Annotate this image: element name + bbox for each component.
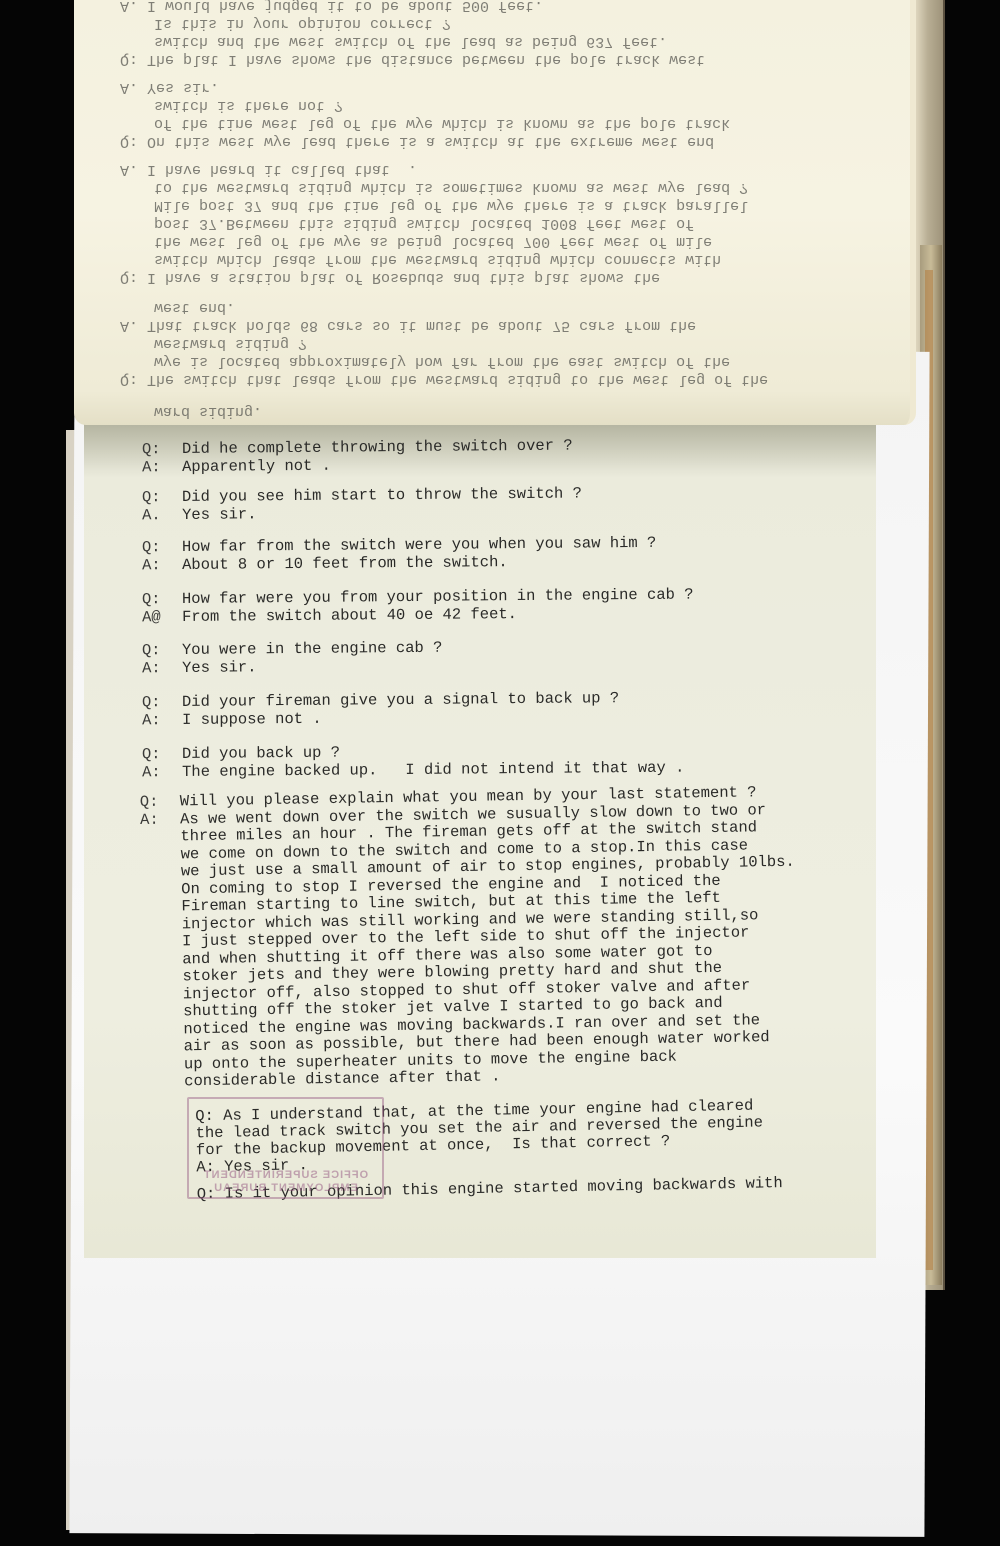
flipped-line: Q: On this west wye lead there is a swit… [120, 133, 714, 150]
speaker-label [144, 1073, 184, 1091]
speaker-label: Q: [142, 745, 182, 763]
speaker-label: Q: [142, 488, 182, 506]
speaker-label [142, 968, 182, 986]
qa-pair: Q:How far were you from your position in… [142, 584, 902, 627]
flipped-line: Q: I have a station plat of Rosebuds and… [120, 269, 660, 286]
stamp-line-1: OFFICE SUPERINTENDENT [189, 1169, 382, 1181]
speaker-label: Q: [142, 440, 182, 458]
flipped-line: A. I would have judged it to be about 50… [120, 0, 543, 14]
qa-pair: Q:Did he complete throwing the switch ov… [142, 434, 902, 477]
speaker-label: A@ [142, 608, 182, 626]
flipped-line: Q: The plat I have shows the distance be… [120, 51, 705, 68]
flipped-line: A. I have heard it called that . [120, 161, 417, 178]
speaker-label [143, 986, 183, 1004]
speaker-label: Q: [142, 641, 182, 659]
speaker-label: A: [142, 556, 182, 574]
speaker-label: Q: [142, 538, 182, 556]
flipped-line: the west leg of the wye as being located… [154, 233, 712, 250]
flipped-line: switch and the west switch of the lead a… [154, 33, 667, 50]
qa-pair: Q:Did you see him start to throw the swi… [142, 482, 902, 525]
speaker-label [142, 951, 182, 969]
speaker-label: Q: [142, 590, 182, 608]
speaker-label [144, 1038, 184, 1056]
speaker-label [142, 933, 182, 951]
speaker-label: Q: [142, 693, 182, 711]
long-qa: Q:Will you please explain what you mean … [140, 782, 905, 1091]
flipped-line: west end. [154, 299, 235, 316]
qa-pair: Q:Did you back up ?A:The engine backed u… [142, 739, 902, 782]
flipped-line: A. Yes sir. [120, 79, 219, 96]
speaker-label: A: [142, 458, 182, 476]
speaker-label [144, 1056, 184, 1074]
flipped-line: switch is there not ? [154, 97, 343, 114]
flipped-line: Is this in your opinion correct ? [154, 15, 451, 32]
folded-page-text: ward siding.Q: The switch that leads fro… [74, 0, 910, 425]
speaker-label [141, 898, 181, 916]
speaker-label: A: [142, 763, 182, 781]
speaker-label [140, 828, 180, 846]
qa-pair: Q:How far from the switch were you when … [142, 532, 902, 575]
speaker-label [143, 1021, 183, 1039]
speaker-label [141, 846, 181, 864]
speaker-label [141, 863, 181, 881]
flipped-line: ward siding. [154, 403, 262, 420]
speaker-label: A. [142, 506, 182, 524]
office-stamp: OFFICE SUPERINTENDENT EMPLOYMENT BUREAU [187, 1097, 384, 1199]
flipped-line: switch which leads from the westward sid… [154, 251, 721, 268]
speaker-label [142, 916, 182, 934]
flipped-line: post 37.Between this siding switch locat… [154, 215, 694, 232]
flipped-line: westward siding ? [154, 335, 307, 352]
speaker-label: Q: [140, 793, 180, 811]
speaker-label: A: [142, 659, 182, 677]
qa-pair: Q:You were in the engine cab ?A:Yes sir. [142, 635, 902, 678]
stamp-line-2: EMPLOYMENT BUREAU [189, 1182, 382, 1194]
flipped-line: wye is located approximately how far fro… [154, 353, 730, 370]
qa-pair: Q:Did your fireman give you a signal to … [142, 687, 902, 730]
folded-page: ward siding.Q: The switch that leads fro… [74, 0, 916, 425]
speaker-label: A: [140, 811, 180, 829]
speaker-label [141, 881, 181, 899]
flipped-line: A. That track holds 68 cars so it must b… [120, 317, 696, 334]
flipped-line: to the westward siding which is sometime… [154, 179, 748, 196]
flipped-line: Q: The switch that leads from the westwa… [120, 371, 768, 388]
flipped-line: Mile post 37 and the tine leg of the wye… [154, 197, 748, 214]
speaker-label [143, 1003, 183, 1021]
speaker-label: A: [142, 711, 182, 729]
flipped-line: of the tine west leg of the wye which is… [154, 115, 730, 132]
